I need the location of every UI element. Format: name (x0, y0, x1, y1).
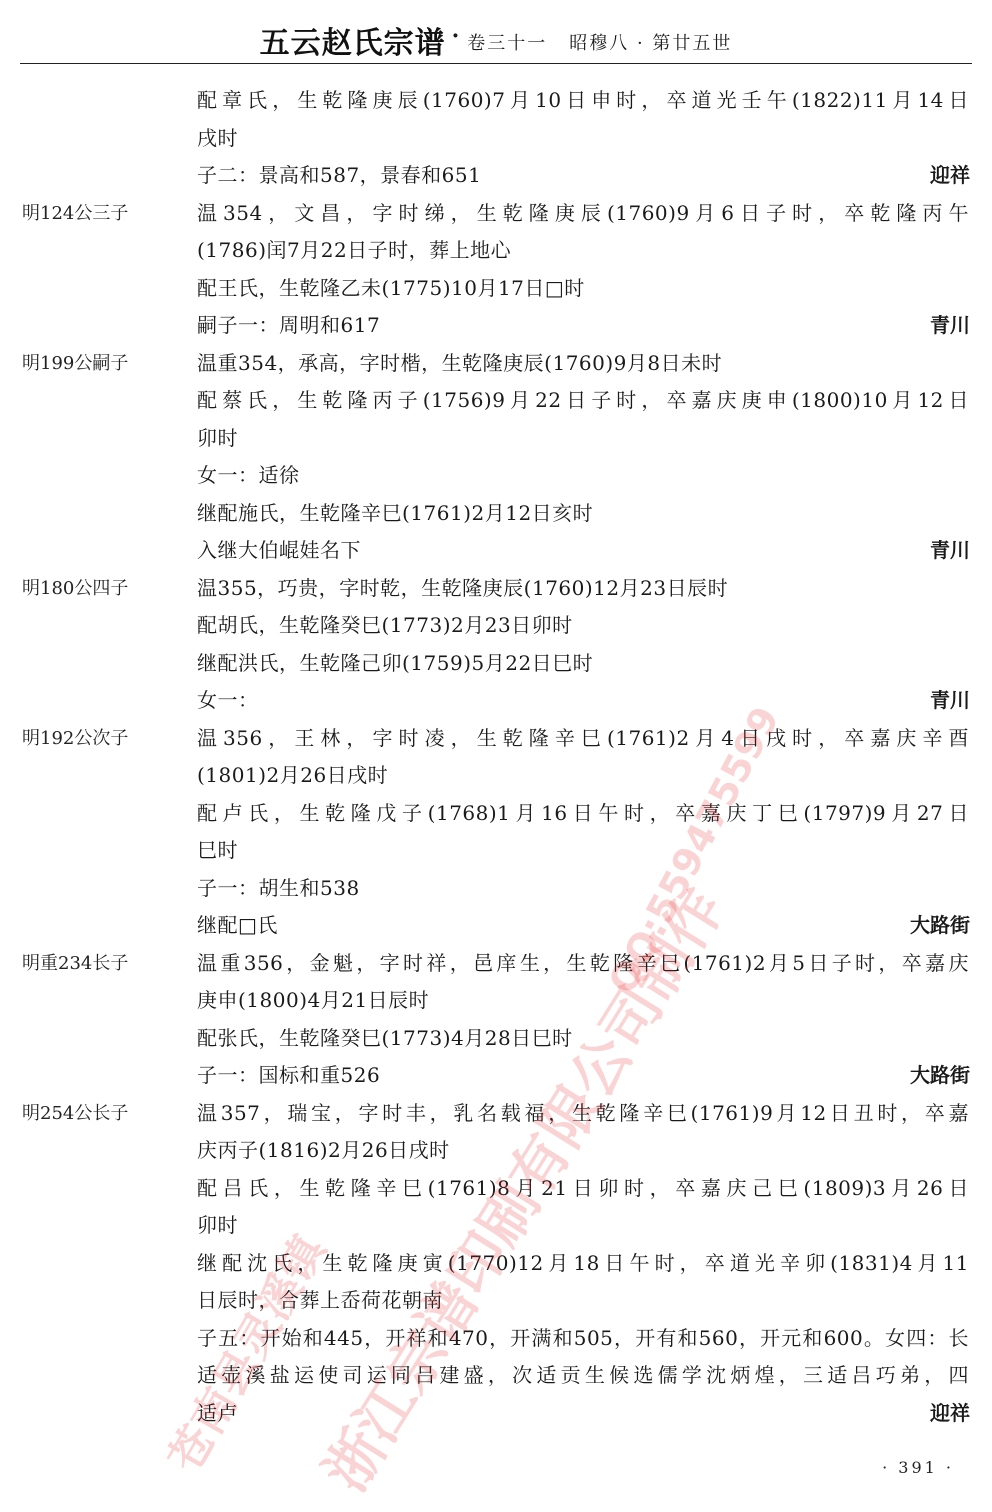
genealogy-content: 配章氏，生乾隆庚辰(1760)7月10日申时，卒道光壬午(1822)11月14日… (0, 82, 992, 1432)
text-line: 子一：胡生和538 (0, 870, 992, 908)
entry-text: 配卢氏，生乾隆戊子(1768)1月16日午时，卒嘉庆丁巳(1797)9月27日 (197, 795, 969, 833)
place-name: 青川 (930, 532, 970, 570)
text-line: (1801)2月26日戌时 (0, 757, 992, 795)
entry-text: 卯时 (197, 420, 969, 458)
text-line: 配吕氏，生乾隆辛巳(1761)8月21日卯时，卒嘉庆己巳(1809)3月26日 (0, 1170, 992, 1208)
text-line: 子五：开始和445，开祥和470，开满和505，开有和560，开元和600。女四… (0, 1320, 992, 1358)
text-line: 明重234长子温重356，金魁，字时祥，邑庠生，生乾隆辛巳(1761)2月5日子… (0, 945, 992, 983)
text-line: 明180公四子温355，巧贵，字时乾，生乾隆庚辰(1760)12月23日辰时 (0, 570, 992, 608)
text-line: 嗣子一：周明和617青川 (0, 307, 992, 345)
text-line: 继配洪氏，生乾隆己卯(1759)5月22日巳时 (0, 645, 992, 683)
entry-text: 继配沈氏，生乾隆庚寅(1770)12月18日午时，卒道光辛卯(1831)4月11 (197, 1245, 969, 1283)
text-line: 庚申(1800)4月21日辰时 (0, 982, 992, 1020)
lineage-label: 明254公长子 (22, 1095, 128, 1133)
text-line: 配王氏，生乾隆乙未(1775)10月17日□时 (0, 270, 992, 308)
entry-text: 庆丙子(1816)2月26日戌时 (197, 1132, 969, 1170)
page-header: 五云赵氏宗谱·卷三十一昭穆八 · 第廿五世 (0, 18, 992, 62)
text-line: 戌时 (0, 120, 992, 158)
text-line: 配章氏，生乾隆庚辰(1760)7月10日申时，卒道光壬午(1822)11月14日 (0, 82, 992, 120)
text-line: 继配施氏，生乾隆辛巳(1761)2月12日亥时 (0, 495, 992, 533)
place-name: 青川 (930, 682, 970, 720)
entry-text: 庚申(1800)4月21日辰时 (197, 982, 969, 1020)
place-name: 青川 (930, 307, 970, 345)
text-line: 继配□氏大路街 (0, 907, 992, 945)
entry-text: 温357，瑞宝，字时丰，乳名载福，生乾隆辛巳(1761)9月12日丑时，卒嘉 (197, 1095, 969, 1133)
lineage-label: 明重234长子 (22, 945, 128, 983)
entry-text: (1786)闰7月22日子时，葬上地心 (197, 232, 969, 270)
entry-text: 日辰时，合葬上岙荷花朝南 (197, 1282, 969, 1320)
entry-text: 配蔡氏，生乾隆丙子(1756)9月22日子时，卒嘉庆庚申(1800)10月12日 (197, 382, 969, 420)
entry-text: 子一：胡生和538 (197, 870, 969, 908)
entry-text: 温354，文昌，字时绨，生乾隆庚辰(1760)9月6日子时，卒乾隆丙午 (197, 195, 969, 233)
entry-text: 配章氏，生乾隆庚辰(1760)7月10日申时，卒道光壬午(1822)11月14日 (197, 82, 969, 120)
entry-text: 巳时 (197, 832, 969, 870)
text-line: 明199公嗣子温重354，承高，字时楷，生乾隆庚辰(1760)9月8日未时 (0, 345, 992, 383)
lineage-label: 明199公嗣子 (22, 345, 128, 383)
entry-text: 温重356，金魁，字时祥，邑庠生，生乾隆辛巳(1761)2月5日子时，卒嘉庆 (197, 945, 969, 983)
header-divider (20, 63, 972, 64)
text-line: (1786)闰7月22日子时，葬上地心 (0, 232, 992, 270)
volume-label: 卷三十一 (467, 33, 547, 54)
text-line: 子二：景高和587，景春和651迎祥 (0, 157, 992, 195)
entry-text: 继配施氏，生乾隆辛巳(1761)2月12日亥时 (197, 495, 969, 533)
text-line: 配卢氏，生乾隆戊子(1768)1月16日午时，卒嘉庆丁巳(1797)9月27日 (0, 795, 992, 833)
entry-text: 配王氏，生乾隆乙未(1775)10月17日□时 (197, 270, 969, 308)
text-line: 入继大伯崐娃名下青川 (0, 532, 992, 570)
entry-text: 配胡氏，生乾隆癸巳(1773)2月23日卯时 (197, 607, 969, 645)
entry-text: 配吕氏，生乾隆辛巳(1761)8月21日卯时，卒嘉庆己巳(1809)3月26日 (197, 1170, 969, 1208)
text-line: 女一：青川 (0, 682, 992, 720)
entry-text: 继配□氏 (197, 907, 969, 945)
entry-text: 女一：适徐 (197, 457, 969, 495)
entry-text: 子二：景高和587，景春和651 (197, 157, 969, 195)
text-line: 适卢迎祥 (0, 1395, 992, 1433)
text-line: 巳时 (0, 832, 992, 870)
page-number: · 391 · (882, 1458, 954, 1477)
text-line: 庆丙子(1816)2月26日戌时 (0, 1132, 992, 1170)
entry-text: 温355，巧贵，字时乾，生乾隆庚辰(1760)12月23日辰时 (197, 570, 969, 608)
text-line: 明124公三子温354，文昌，字时绨，生乾隆庚辰(1760)9月6日子时，卒乾隆… (0, 195, 992, 233)
text-line: 女一：适徐 (0, 457, 992, 495)
text-line: 日辰时，合葬上岙荷花朝南 (0, 1282, 992, 1320)
text-line: 明254公长子温357，瑞宝，字时丰，乳名载福，生乾隆辛巳(1761)9月12日… (0, 1095, 992, 1133)
section-label: 昭穆八 · 第廿五世 (569, 33, 732, 54)
entry-text: 配张氏，生乾隆癸巳(1773)4月28日巳时 (197, 1020, 969, 1058)
entry-text: 温356，王林，字时凌，生乾隆辛巳(1761)2月4日戌时，卒嘉庆辛酉 (197, 720, 969, 758)
text-line: 继配沈氏，生乾隆庚寅(1770)12月18日午时，卒道光辛卯(1831)4月11 (0, 1245, 992, 1283)
place-name: 迎祥 (930, 157, 970, 195)
lineage-label: 明192公次子 (22, 720, 128, 758)
entry-text: 嗣子一：周明和617 (197, 307, 969, 345)
place-name: 迎祥 (930, 1395, 970, 1433)
text-line: 配张氏，生乾隆癸巳(1773)4月28日巳时 (0, 1020, 992, 1058)
lineage-label: 明124公三子 (22, 195, 128, 233)
entry-text: 戌时 (197, 120, 969, 158)
header-separator: · (452, 23, 460, 49)
text-line: 配胡氏，生乾隆癸巳(1773)2月23日卯时 (0, 607, 992, 645)
place-name: 大路街 (910, 907, 970, 945)
lineage-label: 明180公四子 (22, 570, 128, 608)
entry-text: 适卢 (197, 1395, 969, 1433)
entry-text: 卯时 (197, 1207, 969, 1245)
entry-text: (1801)2月26日戌时 (197, 757, 969, 795)
text-line: 子一：国标和重526大路街 (0, 1057, 992, 1095)
text-line: 卯时 (0, 420, 992, 458)
text-line: 适壶溪盐运使司运同吕建盛，次适贡生候选儒学沈炳煌，三适吕巧弟，四 (0, 1357, 992, 1395)
place-name: 大路街 (910, 1057, 970, 1095)
entry-text: 女一： (197, 682, 969, 720)
entry-text: 继配洪氏，生乾隆己卯(1759)5月22日巳时 (197, 645, 969, 683)
entry-text: 入继大伯崐娃名下 (197, 532, 969, 570)
text-line: 配蔡氏，生乾隆丙子(1756)9月22日子时，卒嘉庆庚申(1800)10月12日 (0, 382, 992, 420)
entry-text: 子一：国标和重526 (197, 1057, 969, 1095)
text-line: 卯时 (0, 1207, 992, 1245)
entry-text: 子五：开始和445，开祥和470，开满和505，开有和560，开元和600。女四… (197, 1320, 969, 1358)
book-title: 五云赵氏宗谱 (260, 26, 446, 61)
entry-text: 温重354，承高，字时楷，生乾隆庚辰(1760)9月8日未时 (197, 345, 969, 383)
text-line: 明192公次子温356，王林，字时凌，生乾隆辛巳(1761)2月4日戌时，卒嘉庆… (0, 720, 992, 758)
entry-text: 适壶溪盐运使司运同吕建盛，次适贡生候选儒学沈炳煌，三适吕巧弟，四 (197, 1357, 969, 1395)
